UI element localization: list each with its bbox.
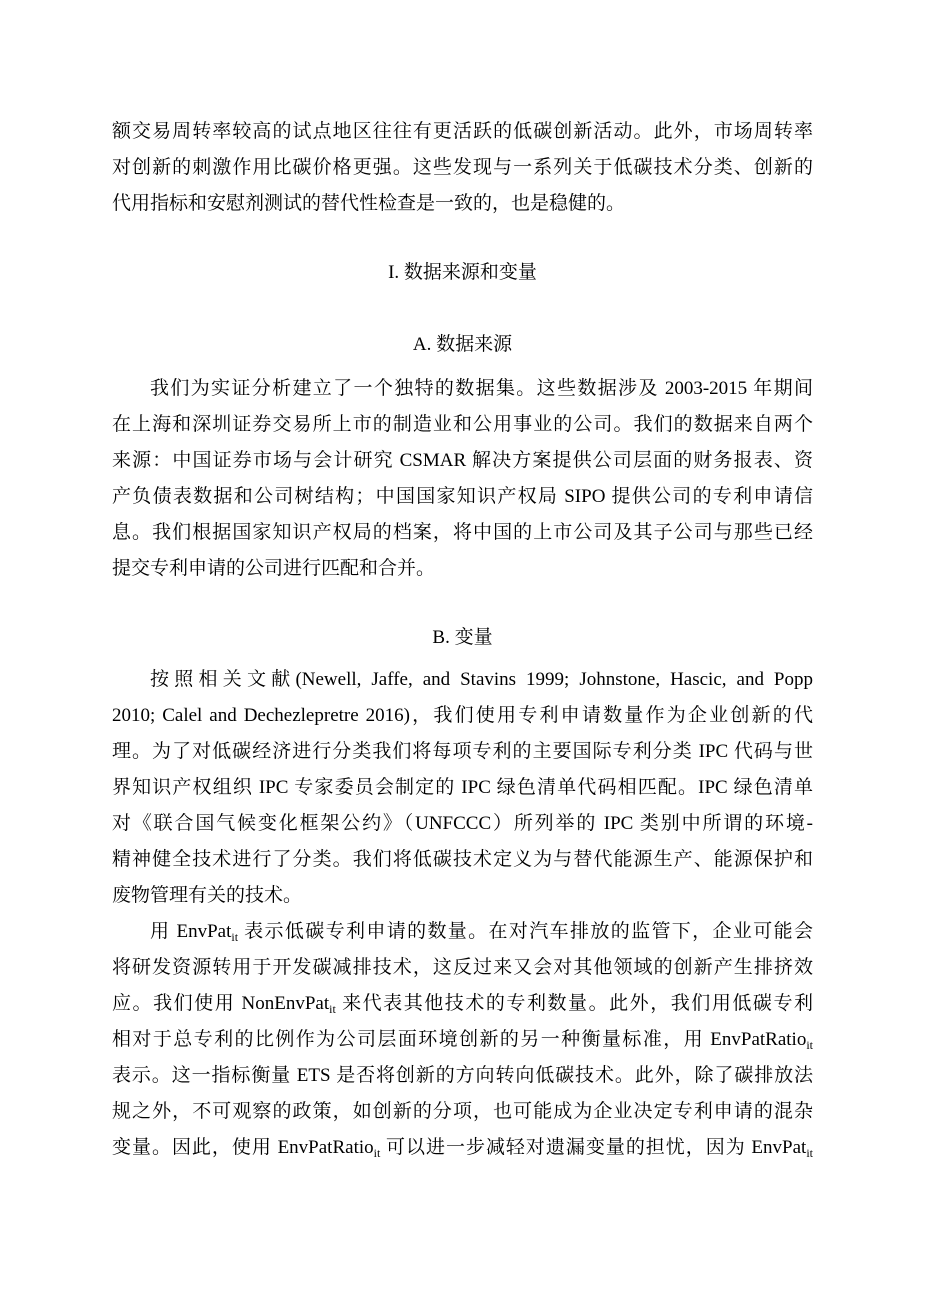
text-line: 精神健全技术进行了分类。我们将低碳技术定义为与替代能源生产、能源保护和 (112, 842, 813, 878)
subsection-heading-a: A. 数据来源 (112, 327, 813, 363)
text-line: 理。为了对低碳经济进行分类我们将每项专利的主要国际专利分类 IPC 代码与世 (112, 734, 813, 770)
text-line: 我们为实证分析建立了一个独特的数据集。这些数据涉及 2003-2015 年期间 (112, 371, 813, 407)
text-line: 对创新的刺激作用比碳价格更强。这些发现与一系列关于低碳技术分类、创新的 (112, 150, 813, 186)
subscript: it (806, 1146, 813, 1160)
text-run: 可以进一步减轻对遗漏变量的担忧，因为 EnvPat (380, 1137, 806, 1158)
text-line: 在上海和深圳证券交易所上市的制造业和公用事业的公司。我们的数据来自两个 (112, 407, 813, 443)
text-line: 应。我们使用 NonEnvPatit 来代表其他技术的专利数量。此外，我们用低碳… (112, 986, 813, 1022)
text-run: 变量。因此，使用 EnvPatRatio (112, 1137, 374, 1158)
text-line: 提交专利申请的公司进行匹配和合并。 (112, 551, 813, 587)
text-line: 2010; Calel and Dechezlepretre 2016)，我们使… (112, 698, 813, 734)
text-line: 规之外，不可观察的政策，如创新的分项，也可能成为企业决定专利申请的混杂 (112, 1094, 813, 1130)
text-column: 额交易周转率较高的试点地区往往有更活跃的低碳创新活动。此外，市场周转率 对创新的… (112, 0, 813, 1166)
text-run: 相对于总专利的比例作为公司层面环境创新的另一种衡量标准，用 EnvPatRati… (112, 1029, 806, 1050)
document-page: 额交易周转率较高的试点地区往往有更活跃的低碳创新活动。此外，市场周转率 对创新的… (0, 0, 926, 1309)
text-line: 按照相关文献(Newell, Jaffe, and Stavins 1999; … (112, 662, 813, 698)
subsection-heading-b: B. 变量 (112, 620, 813, 656)
paragraph-data-sources: 我们为实证分析建立了一个独特的数据集。这些数据涉及 2003-2015 年期间 … (112, 371, 813, 587)
subscript: it (806, 1038, 813, 1052)
text-run: 来代表其他技术的专利数量。此外，我们用低碳专利 (336, 993, 813, 1014)
text-line: 相对于总专利的比例作为公司层面环境创新的另一种衡量标准，用 EnvPatRati… (112, 1022, 813, 1058)
text-line: 用 EnvPatit 表示低碳专利申请的数量。在对汽车排放的监管下，企业可能会 (112, 914, 813, 950)
subscript: it (329, 1002, 336, 1016)
text-line: 额交易周转率较高的试点地区往往有更活跃的低碳创新活动。此外，市场周转率 (112, 114, 813, 150)
text-line: 废物管理有关的技术。 (112, 878, 813, 914)
paragraph-variables-2: 用 EnvPatit 表示低碳专利申请的数量。在对汽车排放的监管下，企业可能会 … (112, 914, 813, 1166)
text-line: 界知识产权组织 IPC 专家委员会制定的 IPC 绿色清单代码相匹配。IPC 绿… (112, 770, 813, 806)
paragraph-variables-1: 按照相关文献(Newell, Jaffe, and Stavins 1999; … (112, 662, 813, 914)
text-line: 息。我们根据国家知识产权局的档案，将中国的上市公司及其子公司与那些已经 (112, 515, 813, 551)
text-line: 对《联合国气候变化框架公约》（UNFCCC）所列举的 IPC 类别中所谓的环境- (112, 806, 813, 842)
text-run: 应。我们使用 NonEnvPat (112, 993, 329, 1014)
section-heading-i: I. 数据来源和变量 (112, 255, 813, 291)
text-line: 变量。因此，使用 EnvPatRatioit 可以进一步减轻对遗漏变量的担忧，因… (112, 1130, 813, 1166)
text-line: 来源：中国证券市场与会计研究 CSMAR 解决方案提供公司层面的财务报表、资 (112, 443, 813, 479)
text-line: 将研发资源转用于开发碳减排技术，这反过来又会对其他领域的创新产生排挤效 (112, 950, 813, 986)
text-line: 产负债表数据和公司树结构；中国国家知识产权局 SIPO 提供公司的专利申请信 (112, 479, 813, 515)
text-run: 用 EnvPat (150, 921, 231, 942)
text-run: 表示低碳专利申请的数量。在对汽车排放的监管下，企业可能会 (238, 921, 813, 942)
text-line: 代用指标和安慰剂测试的替代性检查是一致的，也是稳健的。 (112, 186, 813, 222)
text-line: 表示。这一指标衡量 ETS 是否将创新的方向转向低碳技术。此外，除了碳排放法 (112, 1058, 813, 1094)
paragraph-intro: 额交易周转率较高的试点地区往往有更活跃的低碳创新活动。此外，市场周转率 对创新的… (112, 114, 813, 222)
